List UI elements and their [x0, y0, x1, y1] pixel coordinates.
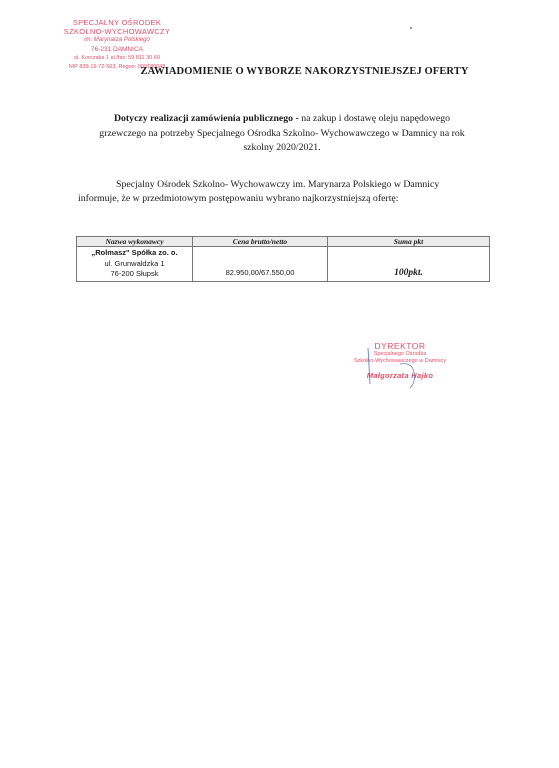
info-line: informuje, że w przedmiotowym postępowan… — [78, 192, 478, 206]
stamp-line: im. Marynarza Polskiego — [42, 36, 192, 45]
handwritten-signature-icon — [330, 342, 470, 392]
table-row: „Rolmasz" Spółka zo. o. ul. Grunwaldzka … — [77, 247, 490, 282]
column-header-price: Cena brutto/netto — [193, 237, 328, 247]
column-header-score: Suma pkt — [328, 237, 490, 247]
institution-stamp: SPECJALNY OŚRODEK SZKOLNO-WYCHOWAWCZY im… — [42, 18, 192, 72]
director-signature-stamp: DYREKTOR Specjalnego Ośrodka Szkolno-Wyc… — [330, 342, 470, 380]
contractor-city: 76-200 Słupsk — [77, 269, 192, 280]
info-line: Specjalny Ośrodek Szkolno- Wychowawczy i… — [78, 178, 478, 192]
document-title: ZAWIADOMIENIE O WYBORZE NAKORZYSTNIEJSZE… — [0, 66, 559, 77]
column-header-contractor: Nazwa wykonawcy — [77, 237, 193, 247]
price-cell: 82.950,00/67.550,00 — [193, 247, 328, 282]
score-cell: 100pkt. — [328, 247, 490, 282]
stamp-line: SZKOLNO-WYCHOWAWCZY — [42, 27, 192, 36]
table-header-row: Nazwa wykonawcy Cena brutto/netto Suma p… — [77, 237, 490, 247]
info-paragraph: Specjalny Ośrodek Szkolno- Wychowawczy i… — [78, 178, 478, 205]
subject-paragraph: Dotyczy realizacji zamówienia publiczneg… — [92, 112, 472, 156]
stamp-line: ul. Korczaka 1 el./fax: 59 811 30 69 — [42, 54, 192, 63]
subject-lead: Dotyczy realizacji zamówienia publiczneg… — [114, 113, 299, 124]
contractor-street: ul. Grunwaldzka 1 — [77, 259, 192, 270]
stamp-line: 76-231 DAMNICA — [42, 45, 192, 54]
contractor-name: „Rolmasz" Spółka zo. o. — [77, 248, 192, 259]
contractor-cell: „Rolmasz" Spółka zo. o. ul. Grunwaldzka … — [77, 247, 193, 282]
offers-table: Nazwa wykonawcy Cena brutto/netto Suma p… — [76, 236, 490, 282]
scan-speck — [410, 27, 412, 29]
stamp-line: SPECJALNY OŚRODEK — [42, 18, 192, 27]
